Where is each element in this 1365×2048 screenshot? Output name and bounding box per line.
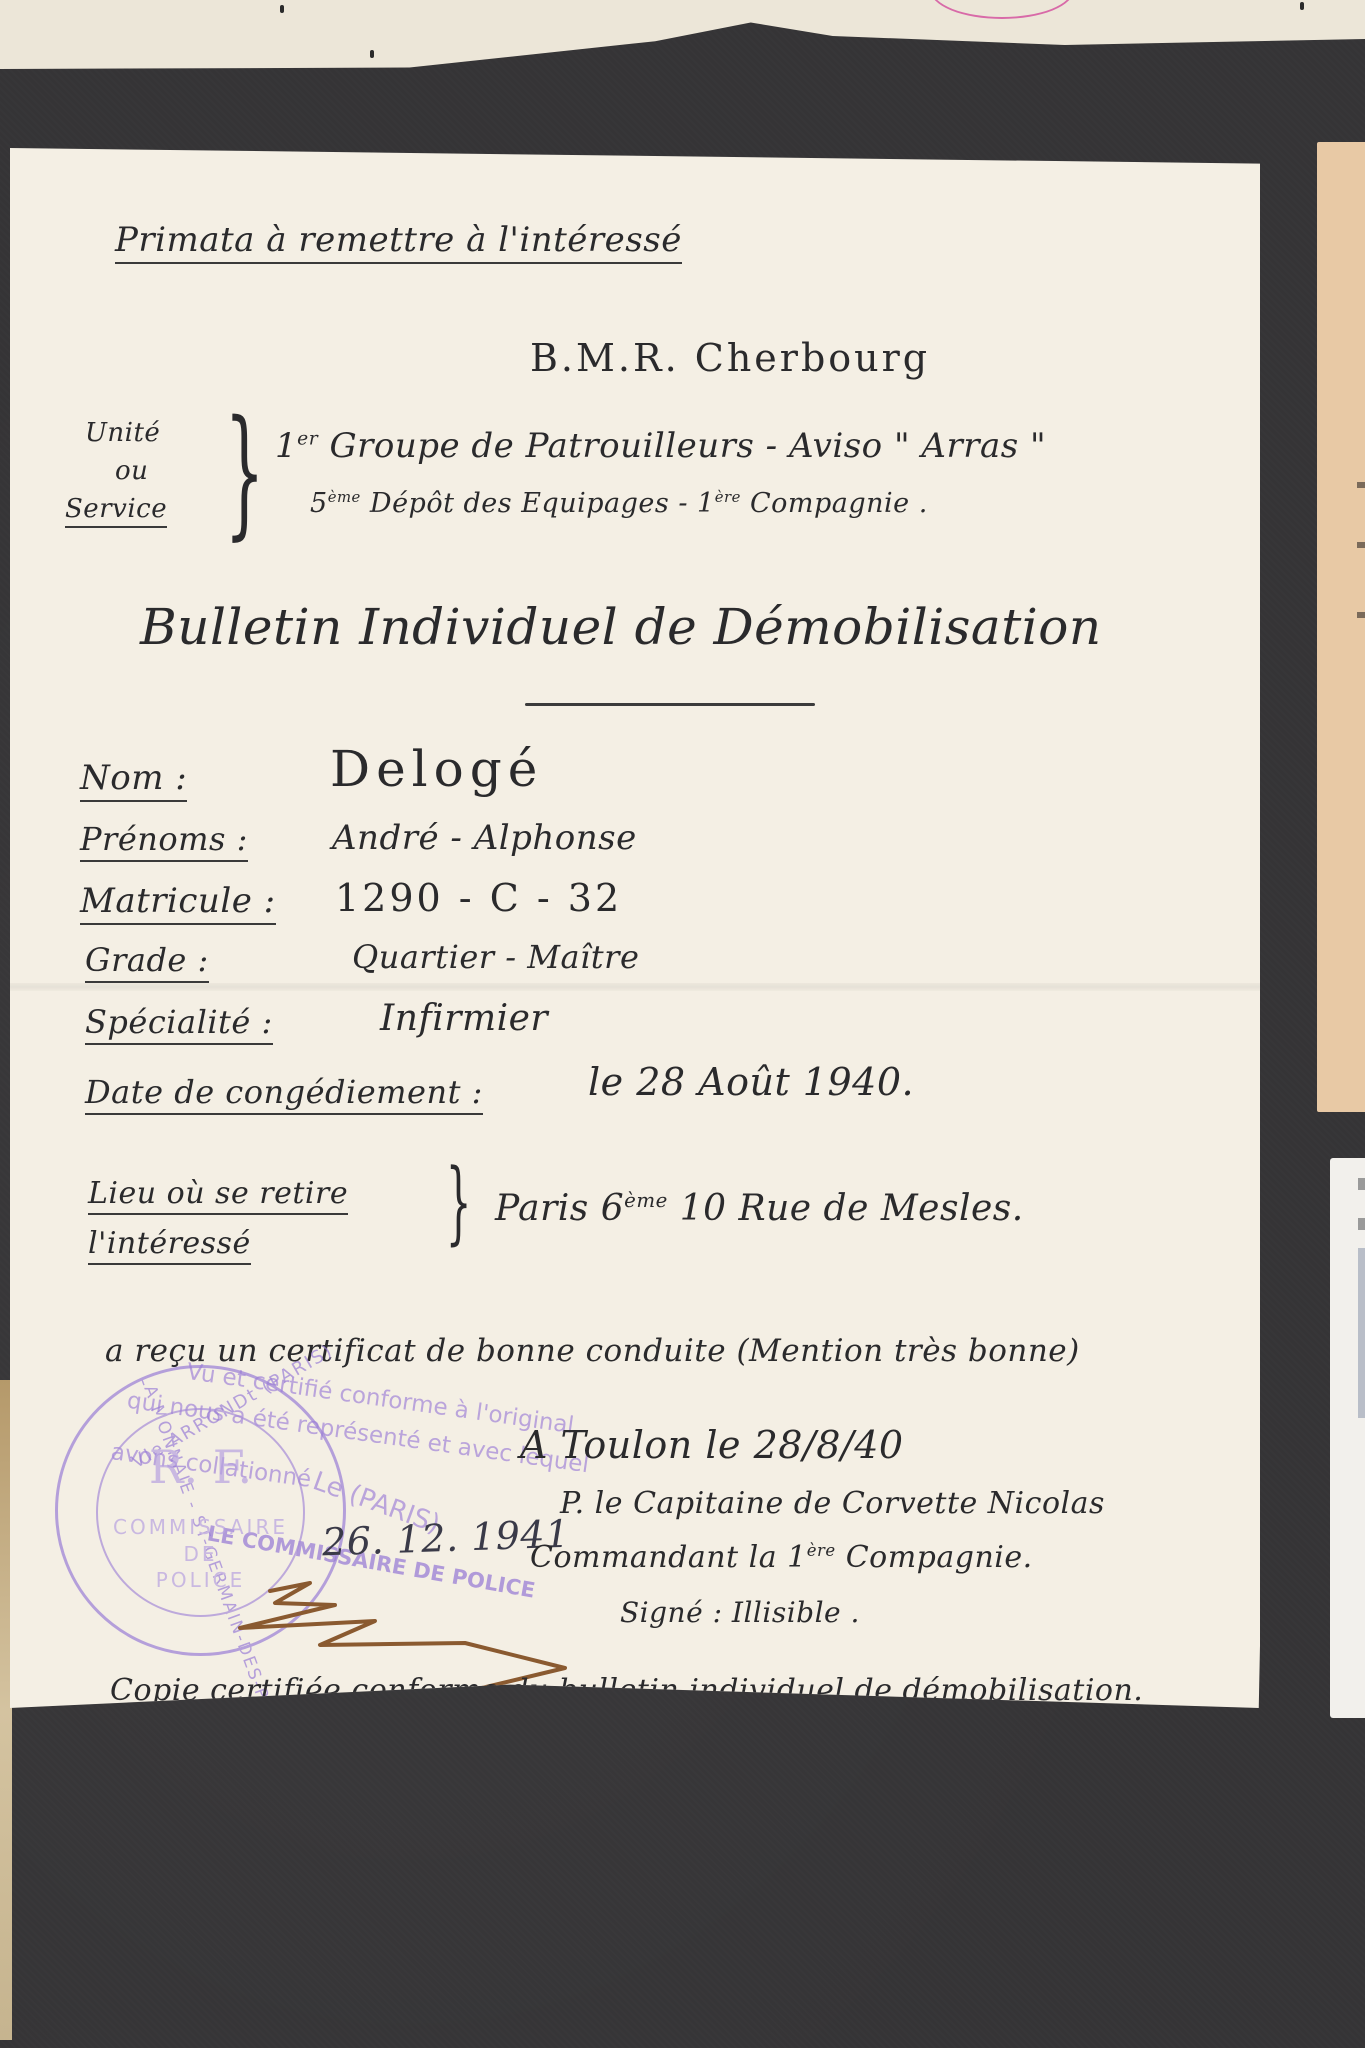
punch-hole (280, 5, 284, 13)
signatory-line-1: P. le Capitaine de Corvette Nicolas (560, 1486, 1105, 1521)
field-label: Grade : (85, 941, 209, 983)
signatory-line-2: Commandant la 1ère Compagnie. (530, 1540, 1033, 1575)
unit-location: B.M.R. Cherbourg (530, 336, 930, 380)
brace-icon: } (224, 403, 264, 543)
demobilisation-bulletin: Primata à remettre à l'intéressé B.M.R. … (10, 148, 1260, 1708)
side-photo-card (1330, 1158, 1365, 1718)
field-value: 1290 - C - 32 (335, 876, 622, 920)
unit-line-1: 1er Groupe de Patrouilleurs - Aviso " Ar… (275, 426, 1046, 466)
field-label: Date de congédiement : (85, 1073, 483, 1115)
paper-fold (10, 983, 1260, 991)
punch-hole (1300, 2, 1304, 10)
side-tan-card (1317, 142, 1365, 1112)
field-value: le 28 Août 1940. (588, 1060, 914, 1104)
field-value: André - Alphonse (332, 818, 637, 858)
field-label: Matricule : (80, 881, 276, 925)
field-value: Delogé (330, 740, 543, 798)
field-value: Paris 6ème 10 Rue de Mesles. (495, 1188, 1024, 1229)
document-heading: Primata à remettre à l'intéressé (115, 220, 682, 264)
field-label: Prénoms : (80, 820, 248, 862)
field-label: Spécialité : (85, 1003, 273, 1045)
conduct-certificate: a reçu un certificat de bonne conduite (… (105, 1333, 1080, 1369)
field-value: Infirmier (380, 998, 548, 1039)
unit-line-2: 5ème Dépôt des Equipages - 1ère Compagni… (310, 488, 928, 519)
punch-hole (370, 50, 374, 58)
brace-icon: } (446, 1158, 472, 1248)
document-title: Bulletin Individuel de Démobilisation (140, 598, 1102, 656)
pink-stamp-fragment (930, 0, 1074, 19)
signatory-signature-note: Signé : Illisible . (620, 1596, 860, 1629)
field-value: Quartier - Maître (352, 938, 639, 976)
field-label: Nom : (80, 758, 187, 802)
place-date: A Toulon le 28/8/40 (520, 1423, 904, 1467)
title-underline (525, 703, 815, 706)
